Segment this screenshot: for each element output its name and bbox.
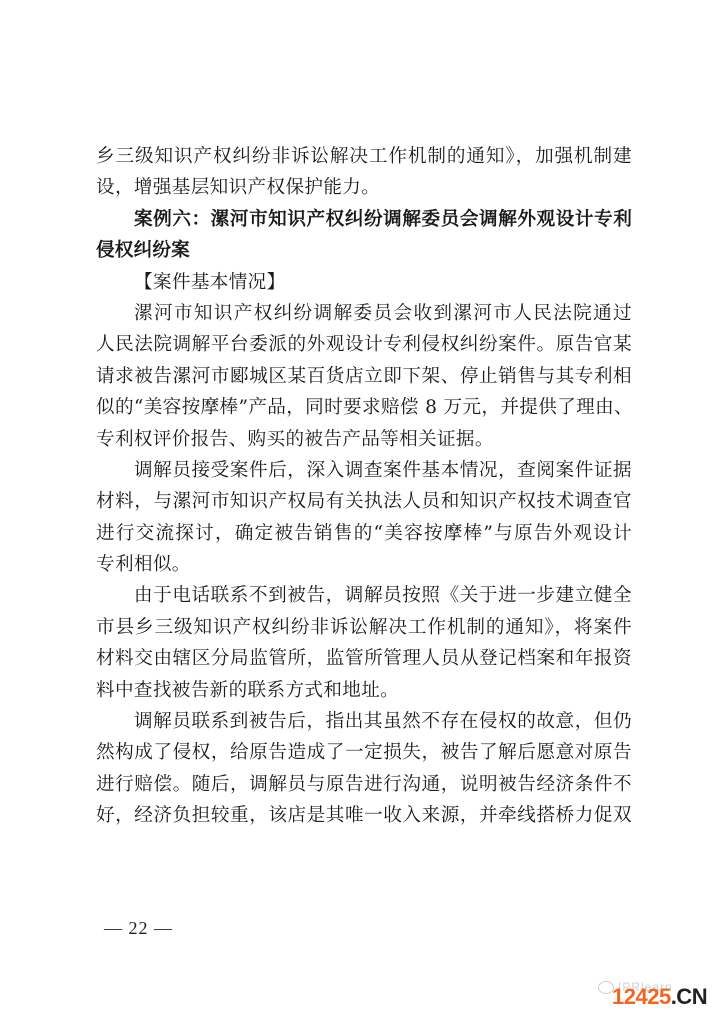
body-text: 乡三级知识产权纠纷非诉讼解决工作机制的通知》，加强机制建设，增强基层知识产权保护… xyxy=(96,141,632,832)
text-line: 料中查找被告新的联系方式和地址。 xyxy=(96,675,632,706)
site-logo-suffix: .CN xyxy=(671,984,707,1009)
text-line: 好，经济负担较重，该店是其唯一收入来源，并牵线搭桥力促双 xyxy=(96,800,632,831)
page-number: — 22 — xyxy=(104,918,173,939)
text-line: 请求被告漯河市郾城区某百货店立即下架、停止销售与其专利相 xyxy=(96,361,632,392)
text-line: 进行赔偿。随后，调解员与原告进行沟通，说明被告经济条件不 xyxy=(96,769,632,800)
text-line: 由于电话联系不到被告，调解员按照《关于进一步建立健全 xyxy=(96,580,632,611)
text-line: 【案件基本情况】 xyxy=(96,267,632,298)
text-line: 材料，与漯河市知识产权局有关执法人员和知识产权技术调查官 xyxy=(96,486,632,517)
site-watermark: IPRlearn 12425.CN xyxy=(596,978,720,1012)
text-line: 材料交由辖区分局监管所，监管所管理人员从登记档案和年报资 xyxy=(96,643,632,674)
case-title-line: 侵权纠纷案 xyxy=(96,235,632,266)
text-line: 进行交流探讨，确定被告销售的“美容按摩棒”与原告外观设计 xyxy=(96,518,632,549)
text-line: 漯河市知识产权纠纷调解委员会收到漯河市人民法院通过 xyxy=(96,298,632,329)
text-line: 专利相似。 xyxy=(96,549,632,580)
text-line: 设，增强基层知识产权保护能力。 xyxy=(96,172,632,203)
text-line: 似的“美容按摩棒”产品，同时要求赔偿 8 万元，并提供了理由、 xyxy=(96,392,632,423)
text-line: 调解员接受案件后，深入调查案件基本情况，查阅案件证据 xyxy=(96,455,632,486)
text-line: 乡三级知识产权纠纷非诉讼解决工作机制的通知》，加强机制建 xyxy=(96,141,632,172)
document-page: 乡三级知识产权纠纷非诉讼解决工作机制的通知》，加强机制建设，增强基层知识产权保护… xyxy=(0,0,720,1018)
text-line: 人民法院调解平台委派的外观设计专利侵权纠纷案件。原告官某 xyxy=(96,329,632,360)
site-logo: 12425.CN xyxy=(612,984,707,1010)
text-line: 然构成了侵权，给原告造成了一定损失，被告了解后愿意对原告 xyxy=(96,737,632,768)
case-title-line: 案例六：漯河市知识产权纠纷调解委员会调解外观设计专利 xyxy=(96,204,632,235)
text-line: 调解员联系到被告后，指出其虽然不存在侵权的故意，但仍 xyxy=(96,706,632,737)
site-logo-number: 12425 xyxy=(612,984,671,1009)
text-line: 专利权评价报告、购买的被告产品等相关证据。 xyxy=(96,424,632,455)
text-line: 市县乡三级知识产权纠纷非诉讼解决工作机制的通知》，将案件 xyxy=(96,612,632,643)
